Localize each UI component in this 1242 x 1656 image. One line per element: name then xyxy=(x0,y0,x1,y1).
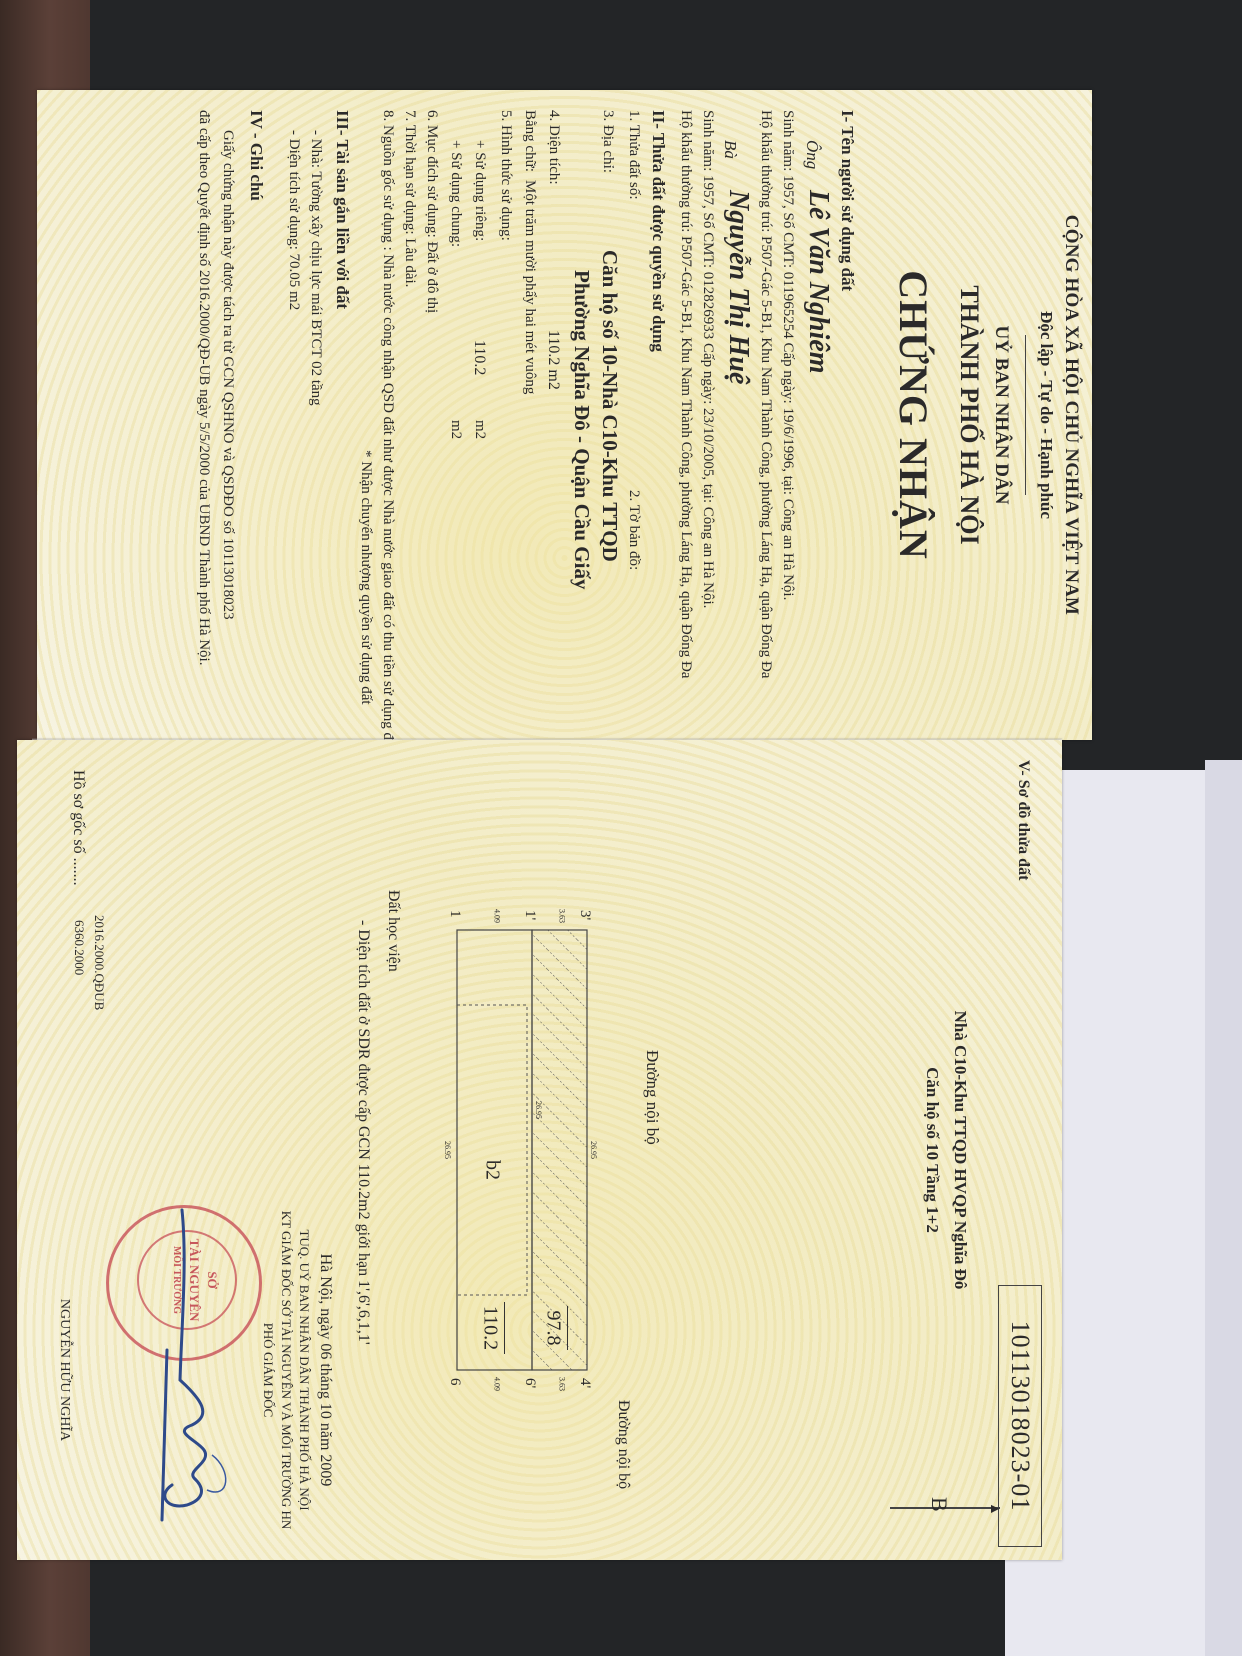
certificate-left-page: CỘNG HÒA XÃ HỘI CHỦ NGHĨA VIỆT NAM Độc l… xyxy=(37,90,1092,740)
original-file-label: Hồ sơ gốc số ....... xyxy=(69,770,87,886)
issuer-line1: UỶ BAN NHÂN DÂN xyxy=(990,90,1012,740)
svg-text:26.95: 26.95 xyxy=(534,1101,543,1119)
svg-text:1': 1' xyxy=(522,910,538,921)
signer-name: NGUYỄN HỮU NGHĨA xyxy=(56,1180,72,1560)
signing-authority-line3: KT GIÁM ĐỐC SỞ TÀI NGUYÊN VÀ MÔI TRƯỜNG … xyxy=(278,1180,294,1560)
owner2-details: Sinh năm: 1957, Số CMT: 012826933 Cấp ng… xyxy=(699,110,716,608)
country-heading: CỘNG HÒA XÃ HỘI CHỦ NGHĨA VIỆT NAM xyxy=(1060,90,1082,740)
floor-area: - Diện tích sử dụng: 70.05 m2 xyxy=(285,130,302,310)
note-line1: Giấy chứng nhận này được tách ra từ GCN … xyxy=(219,130,236,620)
address-line1: Căn hộ số 10-Nhà C10-Khu TTQD xyxy=(597,250,622,562)
owner1-honorific: Ông xyxy=(802,140,822,169)
area-label: 4. Diện tích: xyxy=(545,110,562,185)
certificate-right-page: 10113018023-01 ▲ B V- Sơ đồ thửa đất Nhà… xyxy=(17,740,1062,1560)
signing-authority-line2: TUQ. UỶ BAN NHÂN DÂN THÀNH PHỐ HÀ NỘI xyxy=(296,1180,312,1560)
section5-heading: V- Sơ đồ thửa đất xyxy=(1014,760,1032,880)
shared-use-unit: m2 xyxy=(447,420,464,439)
usage-form-label: 5. Hình thức sử dụng: xyxy=(497,110,514,241)
bottom-neighbor-label: Đất học viện xyxy=(384,890,402,972)
area-value: 110.2 m2 xyxy=(544,330,562,390)
svg-text:4.09: 4.09 xyxy=(493,1377,502,1391)
house-description: - Nhà: Tường xây chịu lực mái BTCT 02 tầ… xyxy=(307,130,324,406)
owner2-honorific: Bà xyxy=(720,140,740,159)
svg-text:26.95: 26.95 xyxy=(589,1141,598,1159)
svg-text:6: 6 xyxy=(447,1378,463,1386)
shared-use-label: + Sử dụng chung: xyxy=(447,140,464,247)
svg-text:6': 6' xyxy=(522,1378,538,1389)
svg-text:3': 3' xyxy=(577,910,593,921)
signing-authority-line4: PHÓ GIÁM ĐỐC xyxy=(260,1180,276,1560)
parcel-label: 1. Thửa đất số: xyxy=(625,110,642,200)
building-line2: Căn hộ số 10 Tầng 1+2 xyxy=(922,740,942,1560)
signature-scribble xyxy=(102,1200,242,1540)
owner1-details: Sinh năm: 1957, Số CMT: 011965254 Cấp ng… xyxy=(779,110,796,600)
private-use-value: 110.2 xyxy=(470,340,488,375)
address-line2: Phường Nghĩa Đô - Quận Cầu Giấy xyxy=(569,270,594,589)
original-file-number: 6360.2000 xyxy=(71,920,87,975)
parcel-diagram: 3'1'14'6'626.9526.9526.953.634.093.634.0… xyxy=(417,890,607,1410)
certificate-title: CHỨNG NHẬN xyxy=(890,90,937,740)
area-in-words-label: Bằng chữ: xyxy=(521,110,538,172)
svg-text:3.63: 3.63 xyxy=(558,909,567,923)
svg-text:97.8: 97.8 xyxy=(543,1311,565,1346)
north-arrow: ▲ B xyxy=(890,1500,1000,1516)
usage-duration: 7. Thời hạn sử dụng: Lâu dài. xyxy=(401,110,418,287)
section1-heading: I- Tên người sử dụng đất xyxy=(837,110,857,291)
svg-text:b2: b2 xyxy=(482,1160,504,1180)
motto: Độc lập - Tự do - Hạnh phúc xyxy=(1036,90,1056,740)
owner1-name: Lê Văn Nghiêm xyxy=(802,190,834,374)
owner2-name: Nguyễn Thị Huệ xyxy=(722,190,754,384)
note-line2: đã cấp theo Quyết định số 2016.2000/QĐ-U… xyxy=(195,110,212,665)
building-line1: Nhà C10-Khu TTQD HVQP Nghĩa Đô xyxy=(950,740,970,1560)
private-use-unit: m2 xyxy=(471,420,488,439)
area-in-words: Một trăm mười phẩy hai mét vuông xyxy=(521,180,538,394)
private-use-label: + Sử dụng riêng: xyxy=(471,140,488,241)
decision-reference: 2016.2000.QĐUB xyxy=(91,915,107,1010)
signing-date: Hà Nội, ngày 06 tháng 10 năm 2009 xyxy=(316,1180,334,1560)
svg-text:26.95: 26.95 xyxy=(443,1141,452,1159)
top-road-label: Đường nội bộ xyxy=(642,1050,662,1145)
section4-heading: IV - Ghi chú xyxy=(246,110,266,201)
svg-text:110.2: 110.2 xyxy=(480,1306,502,1350)
section2-heading: II- Thửa đất được quyền sử dụng xyxy=(648,110,668,352)
usage-purpose: 6. Mục đích sử dụng: Đất ở đô thị xyxy=(423,110,440,313)
usage-origin-note: * Nhận chuyển nhượng quyền sử dụng đất xyxy=(357,450,374,705)
section3-heading: III- Tài sản gắn liền với đất xyxy=(332,110,352,309)
svg-text:4.09: 4.09 xyxy=(493,909,502,923)
address-label: 3. Địa chỉ: xyxy=(599,110,616,173)
usage-origin: 8. Nguồn gốc sử dụng : Nhà nước công nhậ… xyxy=(379,110,396,751)
header-divider xyxy=(1025,335,1026,495)
svg-text:4': 4' xyxy=(577,1378,593,1389)
area-note: - Diện tích đất ở SDR được cấp GCN 110.2… xyxy=(354,920,372,1345)
issuer-line2: THÀNH PHỐ HÀ NỘI xyxy=(954,90,984,740)
right-road-label: Đường nội bộ xyxy=(614,1400,632,1489)
owner2-residence: Hộ khẩu thường trú: P507-Gác 5-B1, Khu N… xyxy=(677,110,694,678)
svg-text:1: 1 xyxy=(447,910,463,918)
map-sheet-label: 2. Tờ bản đồ: xyxy=(625,490,642,570)
arrow-up-icon: ▲ xyxy=(986,1502,1002,1516)
owner1-residence: Hộ khẩu thường trú: P507-Gác 5-B1, Khu N… xyxy=(757,110,774,678)
svg-text:3.63: 3.63 xyxy=(558,1377,567,1391)
certificate-rotated: CỘNG HÒA XÃ HỘI CHỦ NGHĨA VIỆT NAM Độc l… xyxy=(0,0,1242,1656)
serial-number-box: 10113018023-01 xyxy=(998,1285,1042,1547)
